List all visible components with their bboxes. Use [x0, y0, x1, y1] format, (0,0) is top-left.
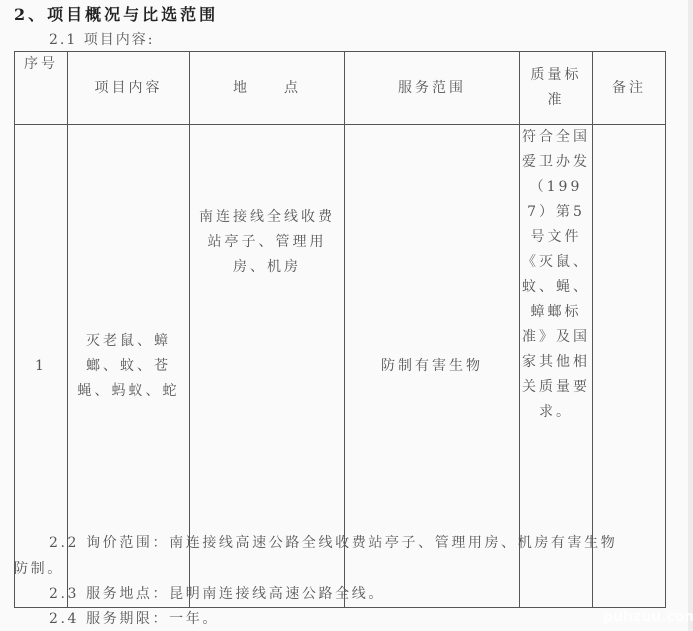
page-edge — [688, 0, 693, 631]
header-scope: 服务范围 — [345, 52, 520, 125]
header-content: 项目内容 — [68, 52, 190, 125]
table-header-row: 序号 项目内容 地 点 服务范围 质量标准 备注 — [15, 52, 666, 125]
header-quality: 质量标准 — [520, 52, 593, 125]
paragraph-2-2-line1: 2.2 询价范围：南连接线高速公路全线收费站亭子、管理用房、机房有害生物 — [49, 532, 617, 552]
header-remark: 备注 — [593, 52, 666, 125]
project-content-table: 序号 项目内容 地 点 服务范围 质量标准 备注 1 灭老鼠、蟑螂、蚊、苍蝇、蚂… — [14, 51, 666, 608]
header-place: 地 点 — [190, 52, 345, 125]
paragraph-2-4: 2.4 服务期限：一年。 — [49, 608, 219, 628]
paragraph-2-3: 2.3 服务地点：昆明南连接线高速公路全线。 — [49, 583, 385, 603]
watermark: puhzuu.com — [603, 609, 693, 625]
paragraph-2-2-line2: 防制。 — [14, 558, 64, 578]
header-seq: 序号 — [15, 52, 68, 125]
section-heading: 2、项目概况与比选范围 — [14, 2, 218, 25]
subsection-heading: 2.1 项目内容: — [49, 29, 154, 49]
